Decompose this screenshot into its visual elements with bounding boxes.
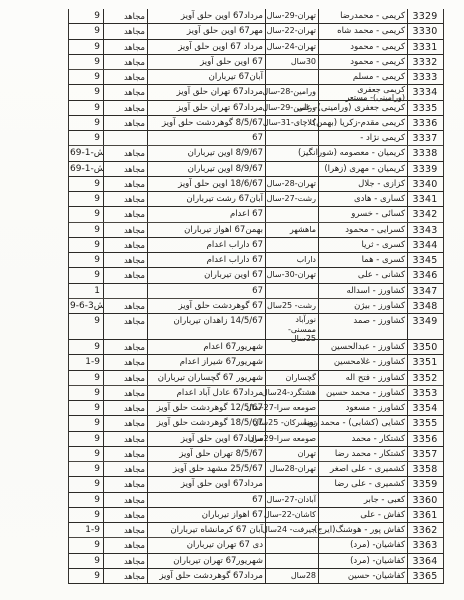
row-number-cell: 3353 bbox=[407, 386, 443, 400]
city-age-cell: تهران-28-سال bbox=[265, 177, 318, 191]
city-age-cell: نورآباد ممسنی- 25سال bbox=[265, 314, 318, 339]
refs-cell: 9 bbox=[69, 371, 103, 385]
fate-cell: شهریور67 اعدام bbox=[147, 340, 265, 354]
refs-cell: 9 bbox=[69, 401, 103, 415]
fate-cell: 8/5/67 تهران حلق آویز bbox=[147, 447, 265, 461]
row-number-cell: 3332 bbox=[407, 55, 443, 69]
name-cell: کساری - هادی bbox=[318, 192, 407, 206]
row-number-cell: 3356 bbox=[407, 432, 443, 446]
name-cell: کشاورز - عبدالحسین bbox=[318, 340, 407, 354]
refs-cell: 9 bbox=[69, 70, 103, 84]
city-age-cell: گچساران bbox=[265, 371, 318, 385]
table-row: 1-9 مجاهد آبان 67 کرمانشاه تیرباران جیرف… bbox=[69, 523, 443, 538]
affiliation-cell bbox=[103, 131, 147, 145]
name-cell: کریمی - مسلم bbox=[318, 70, 407, 84]
city-age-cell: کلاچای-31-سال bbox=[265, 116, 318, 130]
affiliation-cell: مجاهد bbox=[103, 538, 147, 552]
city-age-cell bbox=[265, 477, 318, 491]
affiliation-cell: مجاهد bbox=[103, 447, 147, 461]
refs-cell: 9 bbox=[69, 177, 103, 191]
table-row: 9 مجاهد 67 آبادان-27-سال کعبی - جابر 336… bbox=[69, 493, 443, 508]
name-cell: کشتکار - محمد bbox=[318, 432, 407, 446]
row-number-cell: 3333 bbox=[407, 70, 443, 84]
fate-cell: 67 bbox=[147, 131, 265, 145]
name-cell: کشایی (کشابی) - محمد رضا bbox=[318, 416, 407, 430]
row-number-cell: 3354 bbox=[407, 401, 443, 415]
row-number-cell: 3359 bbox=[407, 477, 443, 491]
row-number-cell: 3342 bbox=[407, 207, 443, 221]
city-age-cell: ماهشهر bbox=[265, 223, 318, 237]
refs-cell: 9 bbox=[69, 340, 103, 354]
row-number-cell: 3362 bbox=[407, 523, 443, 537]
affiliation-cell: مجاهد bbox=[103, 462, 147, 476]
name-cell: کفاشیان- (مرد) bbox=[318, 538, 407, 552]
row-number-cell: 3346 bbox=[407, 268, 443, 282]
name-cell: کفاشیان- (مرد) bbox=[318, 554, 407, 568]
table-row: 9 مجاهد مرداد67 اوین حلق آویز کشمیری - ع… bbox=[69, 477, 443, 492]
affiliation-cell: مجاهد bbox=[103, 477, 147, 491]
table-row: 9 مجاهد مرداد 67 اوین حلق آویز تهران-24-… bbox=[69, 40, 443, 55]
affiliation-cell: مجاهد bbox=[103, 340, 147, 354]
table-row: 9 مجاهد 12/5/67 گوهردشت حلق آویز صومعه س… bbox=[69, 401, 443, 416]
row-number-cell: 3337 bbox=[407, 131, 443, 145]
city-age-cell bbox=[265, 538, 318, 552]
affiliation-cell: مجاهد bbox=[103, 523, 147, 537]
city-age-cell bbox=[265, 70, 318, 84]
name-cell: کشاورز - فتح اله bbox=[318, 371, 407, 385]
fate-cell: 67 bbox=[147, 493, 265, 507]
table-row: 1 67 کشاورز - اسداله 3347 bbox=[69, 284, 443, 299]
fate-cell: مرداد67 اوین حلق آویز bbox=[147, 432, 265, 446]
fate-cell: 67 اوین حلق آویز bbox=[147, 55, 265, 69]
row-number-cell: 3361 bbox=[407, 508, 443, 522]
refs-cell: 9 bbox=[69, 462, 103, 476]
name-cell: کفاشیان- حسین bbox=[318, 569, 407, 583]
refs-cell: 9 bbox=[69, 477, 103, 491]
table-row: 9 مجاهد مرداد67 تهران حلق آویز ورامین-28… bbox=[69, 85, 443, 100]
refs-cell: 9 bbox=[69, 85, 103, 99]
name-cell: کریمی جعفری (ورامینی)- مستعر bbox=[318, 85, 407, 99]
affiliation-cell: مجاهد bbox=[103, 569, 147, 583]
table-row: 9 مجاهد 67 داراب اعدام داراب کسری - هما … bbox=[69, 253, 443, 268]
fate-cell: آبان67 تیرباران bbox=[147, 70, 265, 84]
affiliation-cell: مجاهد bbox=[103, 401, 147, 415]
name-cell: کشمیری - علی رضا bbox=[318, 477, 407, 491]
table-row: 6ش-1-9 مجاهد 8/9/67 اوین تیرباران کریمیا… bbox=[69, 162, 443, 177]
row-number-cell: 3339 bbox=[407, 162, 443, 176]
table-row: 9 مجاهد 14/5/67 زاهدان تیرباران نورآباد … bbox=[69, 314, 443, 340]
fate-cell: مرداد67 اوین حلق آویز bbox=[147, 9, 265, 23]
row-number-cell: 3364 bbox=[407, 554, 443, 568]
refs-cell: 9 bbox=[69, 493, 103, 507]
table-row: 9 مجاهد 8/5/67 گوهردشت حلق آویز کلاچای-3… bbox=[69, 116, 443, 131]
row-number-cell: 3352 bbox=[407, 371, 443, 385]
affiliation-cell: مجاهد bbox=[103, 253, 147, 267]
city-age-cell: تهران-30-سال bbox=[265, 268, 318, 282]
affiliation-cell: مجاهد bbox=[103, 177, 147, 191]
row-number-cell: 3347 bbox=[407, 284, 443, 298]
city-age-cell bbox=[265, 284, 318, 298]
table-row: 9 مجاهد شهریور67 تهران تیرباران کفاشیان-… bbox=[69, 554, 443, 569]
city-age-cell: 30سال bbox=[265, 55, 318, 69]
row-number-cell: 3343 bbox=[407, 223, 443, 237]
refs-cell: 9 bbox=[69, 207, 103, 221]
table-row: 9 مجاهد بهمن67 اهواز تیرباران ماهشهر کسر… bbox=[69, 223, 443, 238]
table-row: 9-6-3ش مجاهد 67 گوهردشت حلق آویز رشت- 25… bbox=[69, 299, 443, 314]
affiliation-cell: مجاهد bbox=[103, 24, 147, 38]
affiliation-cell: مجاهد bbox=[103, 493, 147, 507]
name-cell: کشاورز - مسعود bbox=[318, 401, 407, 415]
name-cell: کعبی - جابر bbox=[318, 493, 407, 507]
affiliation-cell: مجاهد bbox=[103, 116, 147, 130]
affiliation-cell: مجاهد bbox=[103, 70, 147, 84]
row-number-cell: 3340 bbox=[407, 177, 443, 191]
table-row: 9 مجاهد 18/5/67 گوهردشت حلق آویز تویسرکا… bbox=[69, 416, 443, 431]
table-row: 9 مجاهد دی 67 تهران تیرباران کفاشیان- (م… bbox=[69, 538, 443, 553]
city-age-cell bbox=[265, 340, 318, 354]
row-number-cell: 3344 bbox=[407, 238, 443, 252]
affiliation-cell: مجاهد bbox=[103, 101, 147, 115]
fate-cell: 14/5/67 زاهدان تیرباران bbox=[147, 314, 265, 339]
name-cell: کشتکار - محمد رضا bbox=[318, 447, 407, 461]
fate-cell: بهمن67 اهواز تیرباران bbox=[147, 223, 265, 237]
refs-cell: 9 bbox=[69, 24, 103, 38]
city-age-cell: رشت-27-سال bbox=[265, 192, 318, 206]
affiliation-cell: مجاهد bbox=[103, 355, 147, 369]
fate-cell: 67 اعدام bbox=[147, 207, 265, 221]
refs-cell: 9 bbox=[69, 386, 103, 400]
row-number-cell: 3336 bbox=[407, 116, 443, 130]
fate-cell: مرداد67 تهران حلق آویز bbox=[147, 101, 265, 115]
name-cell: کشاورز - اسداله bbox=[318, 284, 407, 298]
table-row: 9 مجاهد مهر67 اوین حلق آویز تهران-22-سال… bbox=[69, 24, 443, 39]
name-cell: کشاورز - بیژن bbox=[318, 299, 407, 313]
fate-cell: 67 داراب اعدام bbox=[147, 238, 265, 252]
fate-cell: شهریور67 تهران تیرباران bbox=[147, 554, 265, 568]
name-cell: کشاورز - محمد حسین bbox=[318, 386, 407, 400]
row-number-cell: 3363 bbox=[407, 538, 443, 552]
table-row: 9 مجاهد مرداد67 اوین حلق آویز تهران-29-س… bbox=[69, 9, 443, 24]
fate-cell: 8/9/67 اوین تیرباران bbox=[147, 146, 265, 160]
fate-cell: شهریور67 شیراز اعدام bbox=[147, 355, 265, 369]
row-number-cell: 3335 bbox=[407, 101, 443, 115]
row-number-cell: 3334 bbox=[407, 85, 443, 99]
refs-cell: 9 bbox=[69, 268, 103, 282]
affiliation-cell: مجاهد bbox=[103, 554, 147, 568]
affiliation-cell bbox=[103, 284, 147, 298]
affiliation-cell: مجاهد bbox=[103, 268, 147, 282]
row-number-cell: 3355 bbox=[407, 416, 443, 430]
city-age-cell: جیرفت- 24سال bbox=[265, 523, 318, 537]
affiliation-cell: مجاهد bbox=[103, 85, 147, 99]
name-cell: کزازی - جلال bbox=[318, 177, 407, 191]
city-age-cell: ورامین-28-سال bbox=[265, 85, 318, 99]
refs-cell: 9 bbox=[69, 447, 103, 461]
affiliation-cell: مجاهد bbox=[103, 299, 147, 313]
row-number-cell: 3351 bbox=[407, 355, 443, 369]
fate-cell: 8/9/67 اوین تیرباران bbox=[147, 162, 265, 176]
name-cell: کسری - هما bbox=[318, 253, 407, 267]
name-cell: کریمی - محمود bbox=[318, 55, 407, 69]
refs-cell: 9 bbox=[69, 432, 103, 446]
name-cell: کریمی نژاد - bbox=[318, 131, 407, 145]
refs-cell: 9 bbox=[69, 116, 103, 130]
row-number-cell: 3357 bbox=[407, 447, 443, 461]
affiliation-cell: مجاهد bbox=[103, 55, 147, 69]
fate-cell: 67 اهواز تیرباران bbox=[147, 508, 265, 522]
table-row: 9 مجاهد 67 داراب اعدام کسری - ثریا 3344 bbox=[69, 238, 443, 253]
refs-cell: 9 bbox=[69, 554, 103, 568]
table-row: 9 مجاهد 67 اوین تیرباران تهران-30-سال کش… bbox=[69, 268, 443, 283]
table-row: 9 مجاهد مرداد67 اوین حلق آویز صومعه سرا-… bbox=[69, 432, 443, 447]
name-cell: کشمیری - علی اصغر bbox=[318, 462, 407, 476]
affiliation-cell: مجاهد bbox=[103, 9, 147, 23]
refs-cell: 9 bbox=[69, 569, 103, 583]
refs-cell: 9 bbox=[69, 314, 103, 339]
city-age-cell bbox=[265, 355, 318, 369]
city-age-cell: 28سال bbox=[265, 569, 318, 583]
refs-cell: 9 bbox=[69, 40, 103, 54]
fate-cell: مهر67 اوین حلق آویز bbox=[147, 24, 265, 38]
row-number-cell: 3345 bbox=[407, 253, 443, 267]
row-number-cell: 3365 bbox=[407, 569, 443, 583]
refs-cell: 6ش-1-9 bbox=[69, 162, 103, 176]
row-number-cell: 3341 bbox=[407, 192, 443, 206]
fate-cell: مرداد67 عادل آباد اعدام bbox=[147, 386, 265, 400]
affiliation-cell: مجاهد bbox=[103, 40, 147, 54]
city-age-cell: صومعه سرا-29سال bbox=[265, 432, 318, 446]
table-row: 9 مجاهد مرداد67 تهران حلق آویز ورامین-29… bbox=[69, 101, 443, 116]
city-age-cell: تهران bbox=[265, 447, 318, 461]
city-age-cell bbox=[265, 238, 318, 252]
affiliation-cell: مجاهد bbox=[103, 314, 147, 339]
name-cell: کریمی - محمدرضا bbox=[318, 9, 407, 23]
city-age-cell: تهران-22-سال bbox=[265, 24, 318, 38]
city-age-cell: تهران-29-سال bbox=[265, 9, 318, 23]
fate-cell: 8/5/67 گوهردشت حلق آویز bbox=[147, 116, 265, 130]
table-row: 9 مجاهد شهریور 67 گچساران تیرباران گچسار… bbox=[69, 371, 443, 386]
affiliation-cell: مجاهد bbox=[103, 386, 147, 400]
affiliation-cell: مجاهد bbox=[103, 223, 147, 237]
refs-cell: 9 bbox=[69, 223, 103, 237]
fate-cell: مرداد67 اوین حلق آویز bbox=[147, 477, 265, 491]
fate-cell: آبان67 رشت تیرباران bbox=[147, 192, 265, 206]
table-row: 9 مجاهد 8/5/67 تهران حلق آویز تهران کشتک… bbox=[69, 447, 443, 462]
name-cell: کسری - ثریا bbox=[318, 238, 407, 252]
city-age-cell bbox=[265, 162, 318, 176]
refs-cell: 9 bbox=[69, 416, 103, 430]
table-row: 9 مجاهد مرداد67 عادل آباد اعدام هشتگرد-2… bbox=[69, 386, 443, 401]
name-cell: کسرایی - محمود bbox=[318, 223, 407, 237]
fate-cell: 25/5/67 مشهد حلق آویز bbox=[147, 462, 265, 476]
table-row: 9 مجاهد مرداد67 گوهردشت حلق آویز 28سال ک… bbox=[69, 569, 443, 584]
row-number-cell: 3329 bbox=[407, 9, 443, 23]
refs-cell: 9 bbox=[69, 238, 103, 252]
refs-cell: 9 bbox=[69, 538, 103, 552]
fate-cell: آبان 67 کرمانشاه تیرباران bbox=[147, 523, 265, 537]
city-age-cell: داراب bbox=[265, 253, 318, 267]
city-age-cell: کاشان-22-سال bbox=[265, 508, 318, 522]
table-row: 9 مجاهد شهریور67 اعدام کشاورز - عبدالحسی… bbox=[69, 340, 443, 355]
refs-cell: 9 bbox=[69, 55, 103, 69]
affiliation-cell: مجاهد bbox=[103, 416, 147, 430]
fate-cell: مرداد67 گوهردشت حلق آویز bbox=[147, 569, 265, 583]
city-age-cell: تهران-28سال bbox=[265, 462, 318, 476]
name-cell: کسائی - خسرو bbox=[318, 207, 407, 221]
name-cell: کشانی - علی bbox=[318, 268, 407, 282]
name-cell: کریمیان - معصومه (شورانگیز) bbox=[318, 146, 407, 160]
fate-cell: مرداد 67 اوین حلق آویز bbox=[147, 40, 265, 54]
fate-cell: 18/5/67 گوهردشت حلق آویز bbox=[147, 416, 265, 430]
affiliation-cell: مجاهد bbox=[103, 238, 147, 252]
table-row: 9 67 کریمی نژاد - 3337 bbox=[69, 131, 443, 146]
city-age-cell bbox=[265, 554, 318, 568]
name-cell: کشاورز - غلامحسین bbox=[318, 355, 407, 369]
fate-cell: شهریور 67 گچساران تیرباران bbox=[147, 371, 265, 385]
city-age-cell: آبادان-27-سال bbox=[265, 493, 318, 507]
table-row: 9 مجاهد 67 اوین حلق آویز 30سال کریمی - م… bbox=[69, 55, 443, 70]
table-row: 9 مجاهد آبان67 تیرباران کریمی - مسلم 333… bbox=[69, 70, 443, 85]
refs-cell: 9 bbox=[69, 9, 103, 23]
row-number-cell: 3330 bbox=[407, 24, 443, 38]
fate-cell: 18/6/67 اوین حلق آویز bbox=[147, 177, 265, 191]
refs-cell: 9 bbox=[69, 192, 103, 206]
affiliation-cell: مجاهد bbox=[103, 432, 147, 446]
refs-cell: 9 bbox=[69, 131, 103, 145]
fate-cell: 67 bbox=[147, 284, 265, 298]
city-age-cell: هشتگرد-24سال bbox=[265, 386, 318, 400]
table-row: 9 مجاهد 25/5/67 مشهد حلق آویز تهران-28سا… bbox=[69, 462, 443, 477]
refs-cell: 9 bbox=[69, 253, 103, 267]
name-cell: کفاش پور - هوشنگ(ایرج) bbox=[318, 523, 407, 537]
fate-cell: 67 اوین تیرباران bbox=[147, 268, 265, 282]
affiliation-cell: مجاهد bbox=[103, 146, 147, 160]
refs-cell: 1-9 bbox=[69, 523, 103, 537]
affiliation-cell: مجاهد bbox=[103, 162, 147, 176]
name-cell: کشاورز - صمد bbox=[318, 314, 407, 339]
affiliation-cell: مجاهد bbox=[103, 192, 147, 206]
name-cell: کریمیان - مهری (زهرا) bbox=[318, 162, 407, 176]
city-age-cell bbox=[265, 131, 318, 145]
table-row: 9 مجاهد آبان67 رشت تیرباران رشت-27-سال ک… bbox=[69, 192, 443, 207]
table-row: 9 مجاهد 67 اهواز تیرباران کاشان-22-سال ک… bbox=[69, 508, 443, 523]
fate-cell: 67 داراب اعدام bbox=[147, 253, 265, 267]
row-number-cell: 3331 bbox=[407, 40, 443, 54]
city-age-cell: صومعه سرا-27-سال bbox=[265, 401, 318, 415]
fate-cell: مرداد67 تهران حلق آویز bbox=[147, 85, 265, 99]
affiliation-cell: مجاهد bbox=[103, 207, 147, 221]
row-number-cell: 3348 bbox=[407, 299, 443, 313]
table-row: 9 مجاهد 18/6/67 اوین حلق آویز تهران-28-س… bbox=[69, 177, 443, 192]
table-row: 1-9 مجاهد شهریور67 شیراز اعدام کشاورز - … bbox=[69, 355, 443, 370]
row-number-cell: 3338 bbox=[407, 146, 443, 160]
refs-cell: 9 bbox=[69, 508, 103, 522]
name-cell: کریمی مقدم-زکریا (بهمن) bbox=[318, 116, 407, 130]
refs-cell: 9 bbox=[69, 101, 103, 115]
fate-cell: دی 67 تهران تیرباران bbox=[147, 538, 265, 552]
affiliation-cell: مجاهد bbox=[103, 508, 147, 522]
table-row: 6ش-1-9 مجاهد 8/9/67 اوین تیرباران کریمیا… bbox=[69, 146, 443, 161]
city-age-cell: رشت- 25سال bbox=[265, 299, 318, 313]
row-number-cell: 3360 bbox=[407, 493, 443, 507]
name-cell: کریمی جعفری (ورامینی)- علی bbox=[318, 101, 407, 115]
refs-cell: 9-6-3ش bbox=[69, 299, 103, 313]
execution-list-table: 9 مجاهد مرداد67 اوین حلق آویز تهران-29-س… bbox=[68, 9, 444, 584]
refs-cell: 1-9 bbox=[69, 355, 103, 369]
name-cell: کفاش - علی bbox=[318, 508, 407, 522]
city-age-cell: تهران-24-سال bbox=[265, 40, 318, 54]
refs-cell: 1 bbox=[69, 284, 103, 298]
city-age-cell bbox=[265, 207, 318, 221]
row-number-cell: 3350 bbox=[407, 340, 443, 354]
name-cell: کریمی - محمود bbox=[318, 40, 407, 54]
table-row: 9 مجاهد 67 اعدام کسائی - خسرو 3342 bbox=[69, 207, 443, 222]
fate-cell: 67 گوهردشت حلق آویز bbox=[147, 299, 265, 313]
affiliation-cell: مجاهد bbox=[103, 371, 147, 385]
row-number-cell: 3358 bbox=[407, 462, 443, 476]
refs-cell: 6ش-1-9 bbox=[69, 146, 103, 160]
row-number-cell: 3349 bbox=[407, 314, 443, 339]
name-cell: کریمی - محمد شاه bbox=[318, 24, 407, 38]
